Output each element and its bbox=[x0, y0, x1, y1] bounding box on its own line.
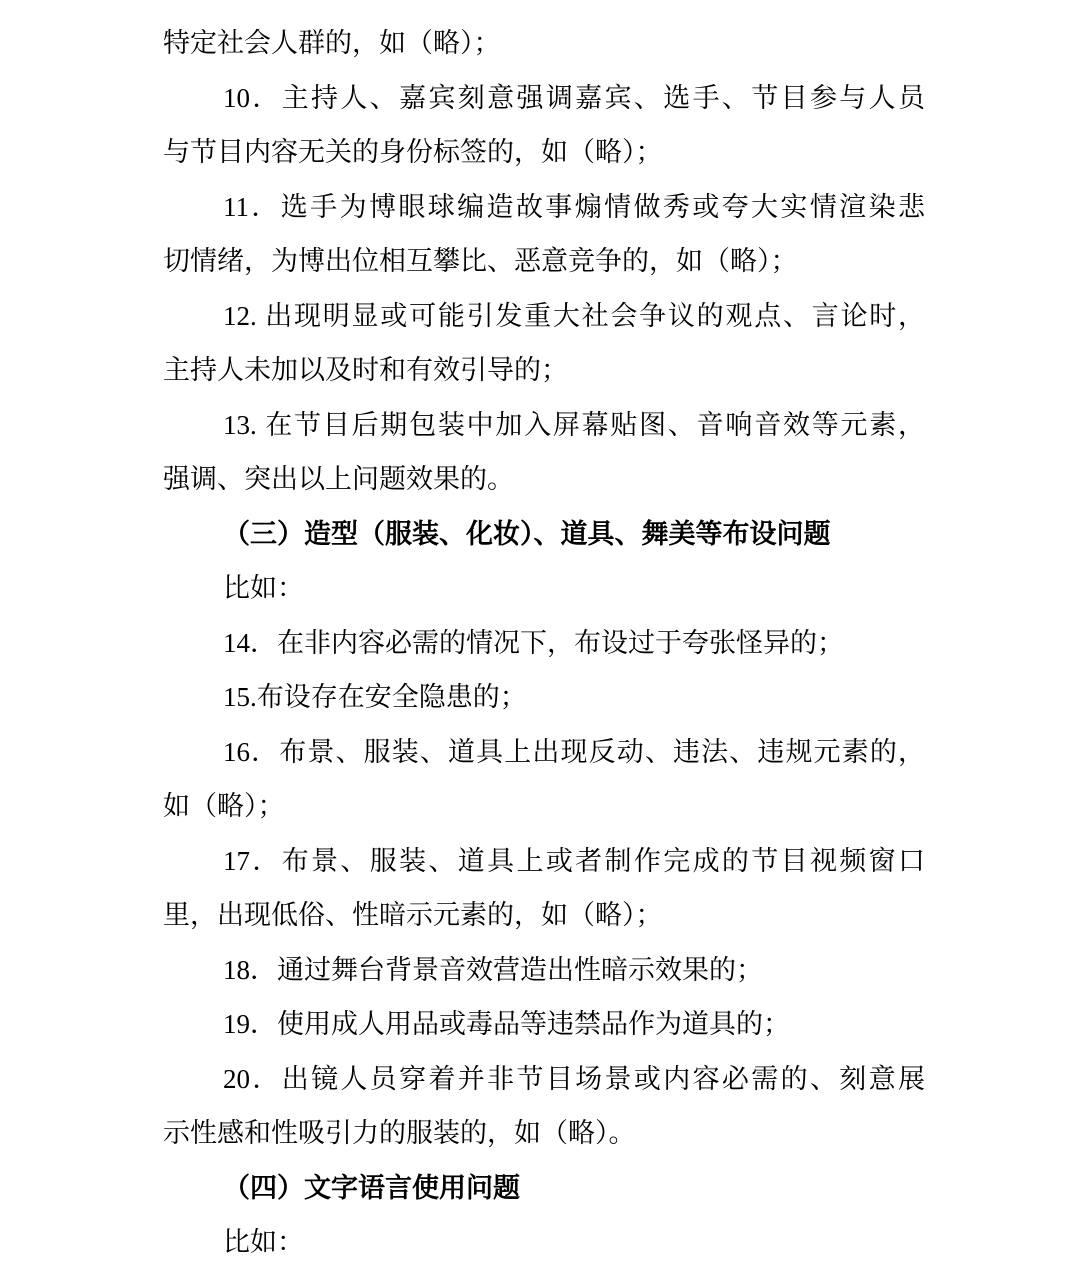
document-body: 特定社会人群的，如（略）；10．主持人、嘉宾刻意强调嘉宾、选手、节目参与人员与节… bbox=[0, 0, 1080, 1270]
body-text-line: 与节目内容无关的身份标签的，如（略）； bbox=[163, 125, 925, 180]
document-page: 特定社会人群的，如（略）；10．主持人、嘉宾刻意强调嘉宾、选手、节目参与人员与节… bbox=[0, 0, 1080, 1282]
body-text-line: 19．使用成人用品或毒品等违禁品作为道具的； bbox=[163, 997, 925, 1052]
body-text-line: 13. 在节目后期包装中加入屏幕贴图、音响音效等元素， bbox=[163, 398, 925, 453]
body-text-line: 里，出现低俗、性暗示元素的，如（略）； bbox=[163, 888, 925, 943]
body-text-line: 20．出镜人员穿着并非节目场景或内容必需的、刻意展 bbox=[163, 1052, 925, 1107]
body-text-line: 比如： bbox=[163, 561, 925, 616]
body-text-line: 18．通过舞台背景音效营造出性暗示效果的； bbox=[163, 943, 925, 998]
body-text-line: 强调、突出以上问题效果的。 bbox=[163, 452, 925, 507]
body-text-line: 主持人未加以及时和有效引导的； bbox=[163, 343, 925, 398]
body-text-line: 17．布景、服装、道具上或者制作完成的节目视频窗口 bbox=[163, 834, 925, 889]
body-text-line: 切情绪，为博出位相互攀比、恶意竞争的，如（略）； bbox=[163, 234, 925, 289]
body-text-line: 12. 出现明显或可能引发重大社会争议的观点、言论时， bbox=[163, 289, 925, 344]
body-text-line: 10．主持人、嘉宾刻意强调嘉宾、选手、节目参与人员 bbox=[163, 71, 925, 126]
body-text-line: 16．布景、服装、道具上出现反动、违法、违规元素的， bbox=[163, 725, 925, 780]
body-text-line: 14．在非内容必需的情况下，布设过于夸张怪异的； bbox=[163, 616, 925, 671]
body-text-line: 示性感和性吸引力的服装的，如（略）。 bbox=[163, 1106, 925, 1161]
body-text-line: 15.布设存在安全隐患的； bbox=[163, 670, 925, 725]
body-text-line: 11．选手为博眼球编造故事煽情做秀或夸大实情渲染悲 bbox=[163, 180, 925, 235]
section-heading-line: （四）文字语言使用问题 bbox=[163, 1161, 925, 1216]
body-text-line: 特定社会人群的，如（略）； bbox=[163, 16, 925, 71]
body-text-line: 比如： bbox=[163, 1215, 925, 1270]
section-heading-line: （三）造型（服装、化妆）、道具、舞美等布设问题 bbox=[163, 507, 925, 562]
body-text-line: 如（略）； bbox=[163, 779, 925, 834]
